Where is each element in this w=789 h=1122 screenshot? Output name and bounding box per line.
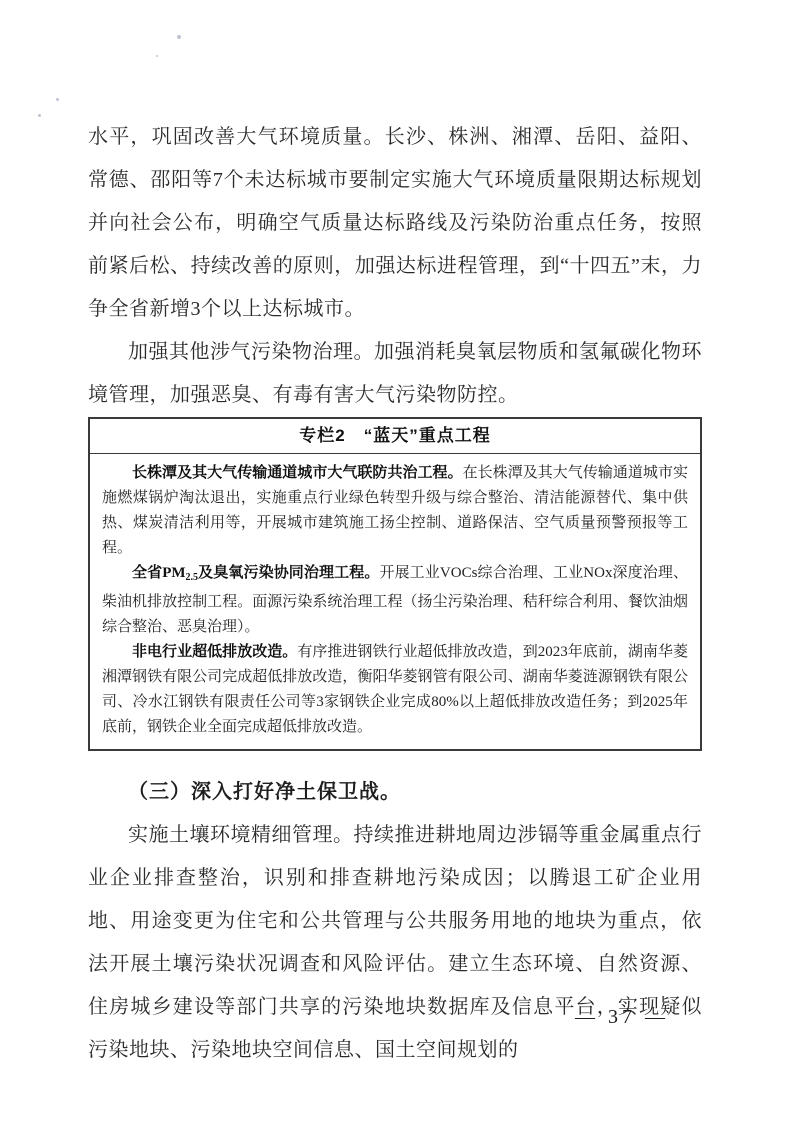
page-body: 水平，巩固改善大气环境质量。长沙、株洲、湘潭、岳阳、益阳、常德、邵阳等7个未达标… — [88, 116, 702, 1072]
section-heading-soil-battle: （三）深入打好净土保卫战。 — [88, 771, 702, 814]
scan-speck — [56, 98, 59, 101]
feature-box-blue-sky-projects: 专栏2 “蓝天”重点工程 长株潭及其大气传输通道城市大气联防共治工程。在长株潭及… — [88, 417, 702, 751]
box-paragraph-lead: 全省PM — [132, 565, 186, 581]
page-number: — 37 — — [575, 1006, 669, 1029]
box-paragraph-lead: 及臭氧污染协同治理工程。 — [198, 565, 379, 581]
box-paragraph-lead: 非电行业超低排放改造。 — [132, 644, 297, 660]
feature-box-body: 长株潭及其大气传输通道城市大气联防共治工程。在长株潭及其大气传输通道城市实施燃煤… — [90, 454, 700, 749]
paragraph-soil-management: 实施土壤环境精细管理。持续推进耕地周边涉镉等重金属重点行业企业排查整治，识别和排… — [88, 814, 702, 1072]
box-paragraph-joint-prevention: 长株潭及其大气传输通道城市大气联防共治工程。在长株潭及其大气传输通道城市实施燃煤… — [102, 461, 688, 561]
scan-speck — [38, 114, 41, 117]
feature-box-title: 专栏2 “蓝天”重点工程 — [90, 419, 700, 454]
scan-speck — [177, 35, 181, 39]
document-page: 水平，巩固改善大气环境质量。长沙、株洲、湘潭、岳阳、益阳、常德、邵阳等7个未达标… — [0, 0, 789, 1122]
box-paragraph-lead: 长株潭及其大气传输通道城市大气联防共治工程。 — [132, 465, 463, 481]
pm25-subscript: 2.5 — [186, 572, 199, 583]
paragraph-air-quality-attainment: 水平，巩固改善大气环境质量。长沙、株洲、湘潭、岳阳、益阳、常德、邵阳等7个未达标… — [88, 116, 702, 331]
box-paragraph-pm25-ozone: 全省PM2.5及臭氧污染协同治理工程。开展工业VOCs综合治理、工业NOx深度治… — [102, 561, 688, 640]
box-paragraph-ultra-low-emission: 非电行业超低排放改造。有序推进钢铁行业超低排放改造，到2023年底前，湖南华菱湘… — [102, 640, 688, 740]
scan-speck — [156, 55, 158, 57]
paragraph-other-air-pollutants: 加强其他涉气污染物治理。加强消耗臭氧层物质和氢氟碳化物环境管理，加强恶臭、有毒有… — [88, 331, 702, 417]
